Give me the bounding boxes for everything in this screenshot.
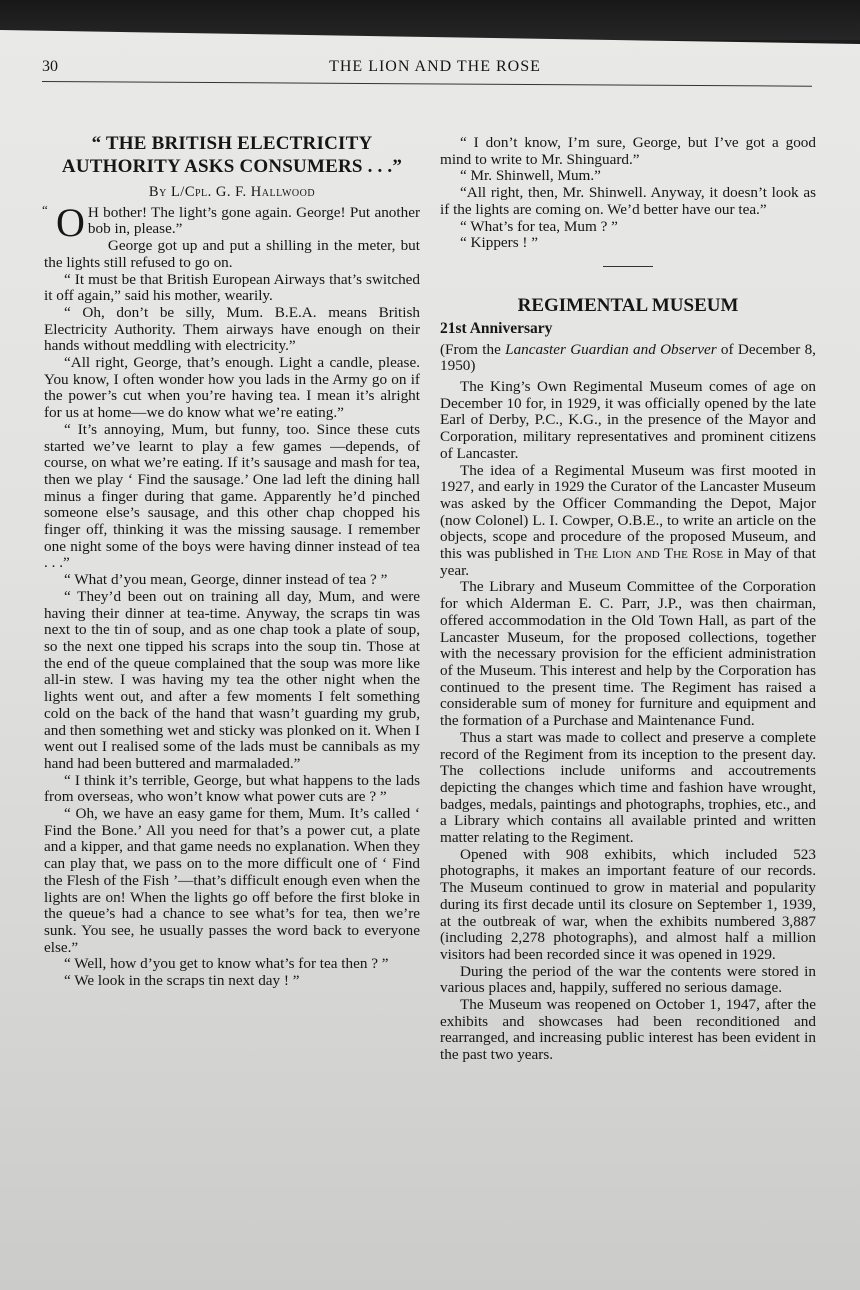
paragraph: “ Oh, we have an easy game for them, Mum… <box>44 806 420 956</box>
paragraph: “ What d’you mean, George, dinner instea… <box>44 572 420 589</box>
article-byline: By L/Cpl. G. F. Hallwood <box>44 184 420 201</box>
drop-cap: O <box>56 207 85 239</box>
museum-body: The Library and Museum Committee of the … <box>440 579 816 1063</box>
museum-paragraph: The King’s Own Regimental Museum comes o… <box>440 379 816 463</box>
paragraph: “ I don’t know, I’m sure, George, but I’… <box>440 135 816 168</box>
paragraph: “ What’s for tea, Mum ? ” <box>440 219 816 236</box>
opening-quote-mark: “ <box>42 202 48 219</box>
museum-subhead: 21st Anniversary <box>440 321 816 338</box>
museum-article-title: REGIMENTAL MUSEUM <box>440 295 816 317</box>
paragraph: “ Oh, don’t be silly, Mum. B.E.A. means … <box>44 305 420 355</box>
paragraph: “ I think it’s terrible, George, but wha… <box>44 773 420 806</box>
article-title: “ THE BRITISH ELECTRICITY AUTHORITY ASKS… <box>44 132 420 178</box>
paragraph: Opened with 908 exhibits, which included… <box>440 847 816 964</box>
section-separator <box>603 266 653 267</box>
paragraph: “ It’s annoying, Mum, but funny, too. Si… <box>44 422 420 572</box>
opening-paragraph: “OH bother! The light’s gone again. Geor… <box>44 205 420 238</box>
paragraph: “ Mr. Shinwell, Mum.” <box>440 168 816 185</box>
paragraph: “ We look in the scraps tin next day ! ” <box>44 973 420 990</box>
journal-reference: The Lion and The Rose <box>574 545 723 562</box>
paragraph: “All right, then, Mr. Shinwell. Anyway, … <box>440 185 816 218</box>
running-header: 30 THE LION AND THE ROSE <box>42 58 810 80</box>
article-continuation: “ I don’t know, I’m sure, George, but I’… <box>440 135 816 252</box>
paragraph: “ Well, how d’you get to know what’s for… <box>44 956 420 973</box>
right-column: “ I don’t know, I’m sure, George, but I’… <box>440 135 816 1064</box>
opening-text: H bother! The light’s gone again. George… <box>88 204 420 238</box>
paragraph: George got up and put a shilling in the … <box>44 238 420 271</box>
source-note: (From the Lancaster Guardian and Observe… <box>440 342 816 375</box>
left-column: “ THE BRITISH ELECTRICITY AUTHORITY ASKS… <box>44 132 420 990</box>
source-publication: Lancaster Guardian and Observer <box>505 341 716 358</box>
paragraph: The Museum was reopened on October 1, 19… <box>440 997 816 1064</box>
paragraph: Thus a start was made to collect and pre… <box>440 730 816 847</box>
article-body: George got up and put a shilling in the … <box>44 238 420 990</box>
paragraph: The Library and Museum Committee of the … <box>440 579 816 729</box>
paragraph: “All right, George, that’s enough. Light… <box>44 355 420 422</box>
paragraph: “ It must be that British European Airwa… <box>44 272 420 305</box>
journal-title: THE LION AND THE ROSE <box>42 58 810 76</box>
paragraph: “ Kippers ! ” <box>440 235 816 252</box>
paragraph: “ They’d been out on training all day, M… <box>44 589 420 773</box>
paragraph: During the period of the war the content… <box>440 964 816 997</box>
museum-paragraph: The idea of a Regimental Museum was firs… <box>440 463 816 580</box>
